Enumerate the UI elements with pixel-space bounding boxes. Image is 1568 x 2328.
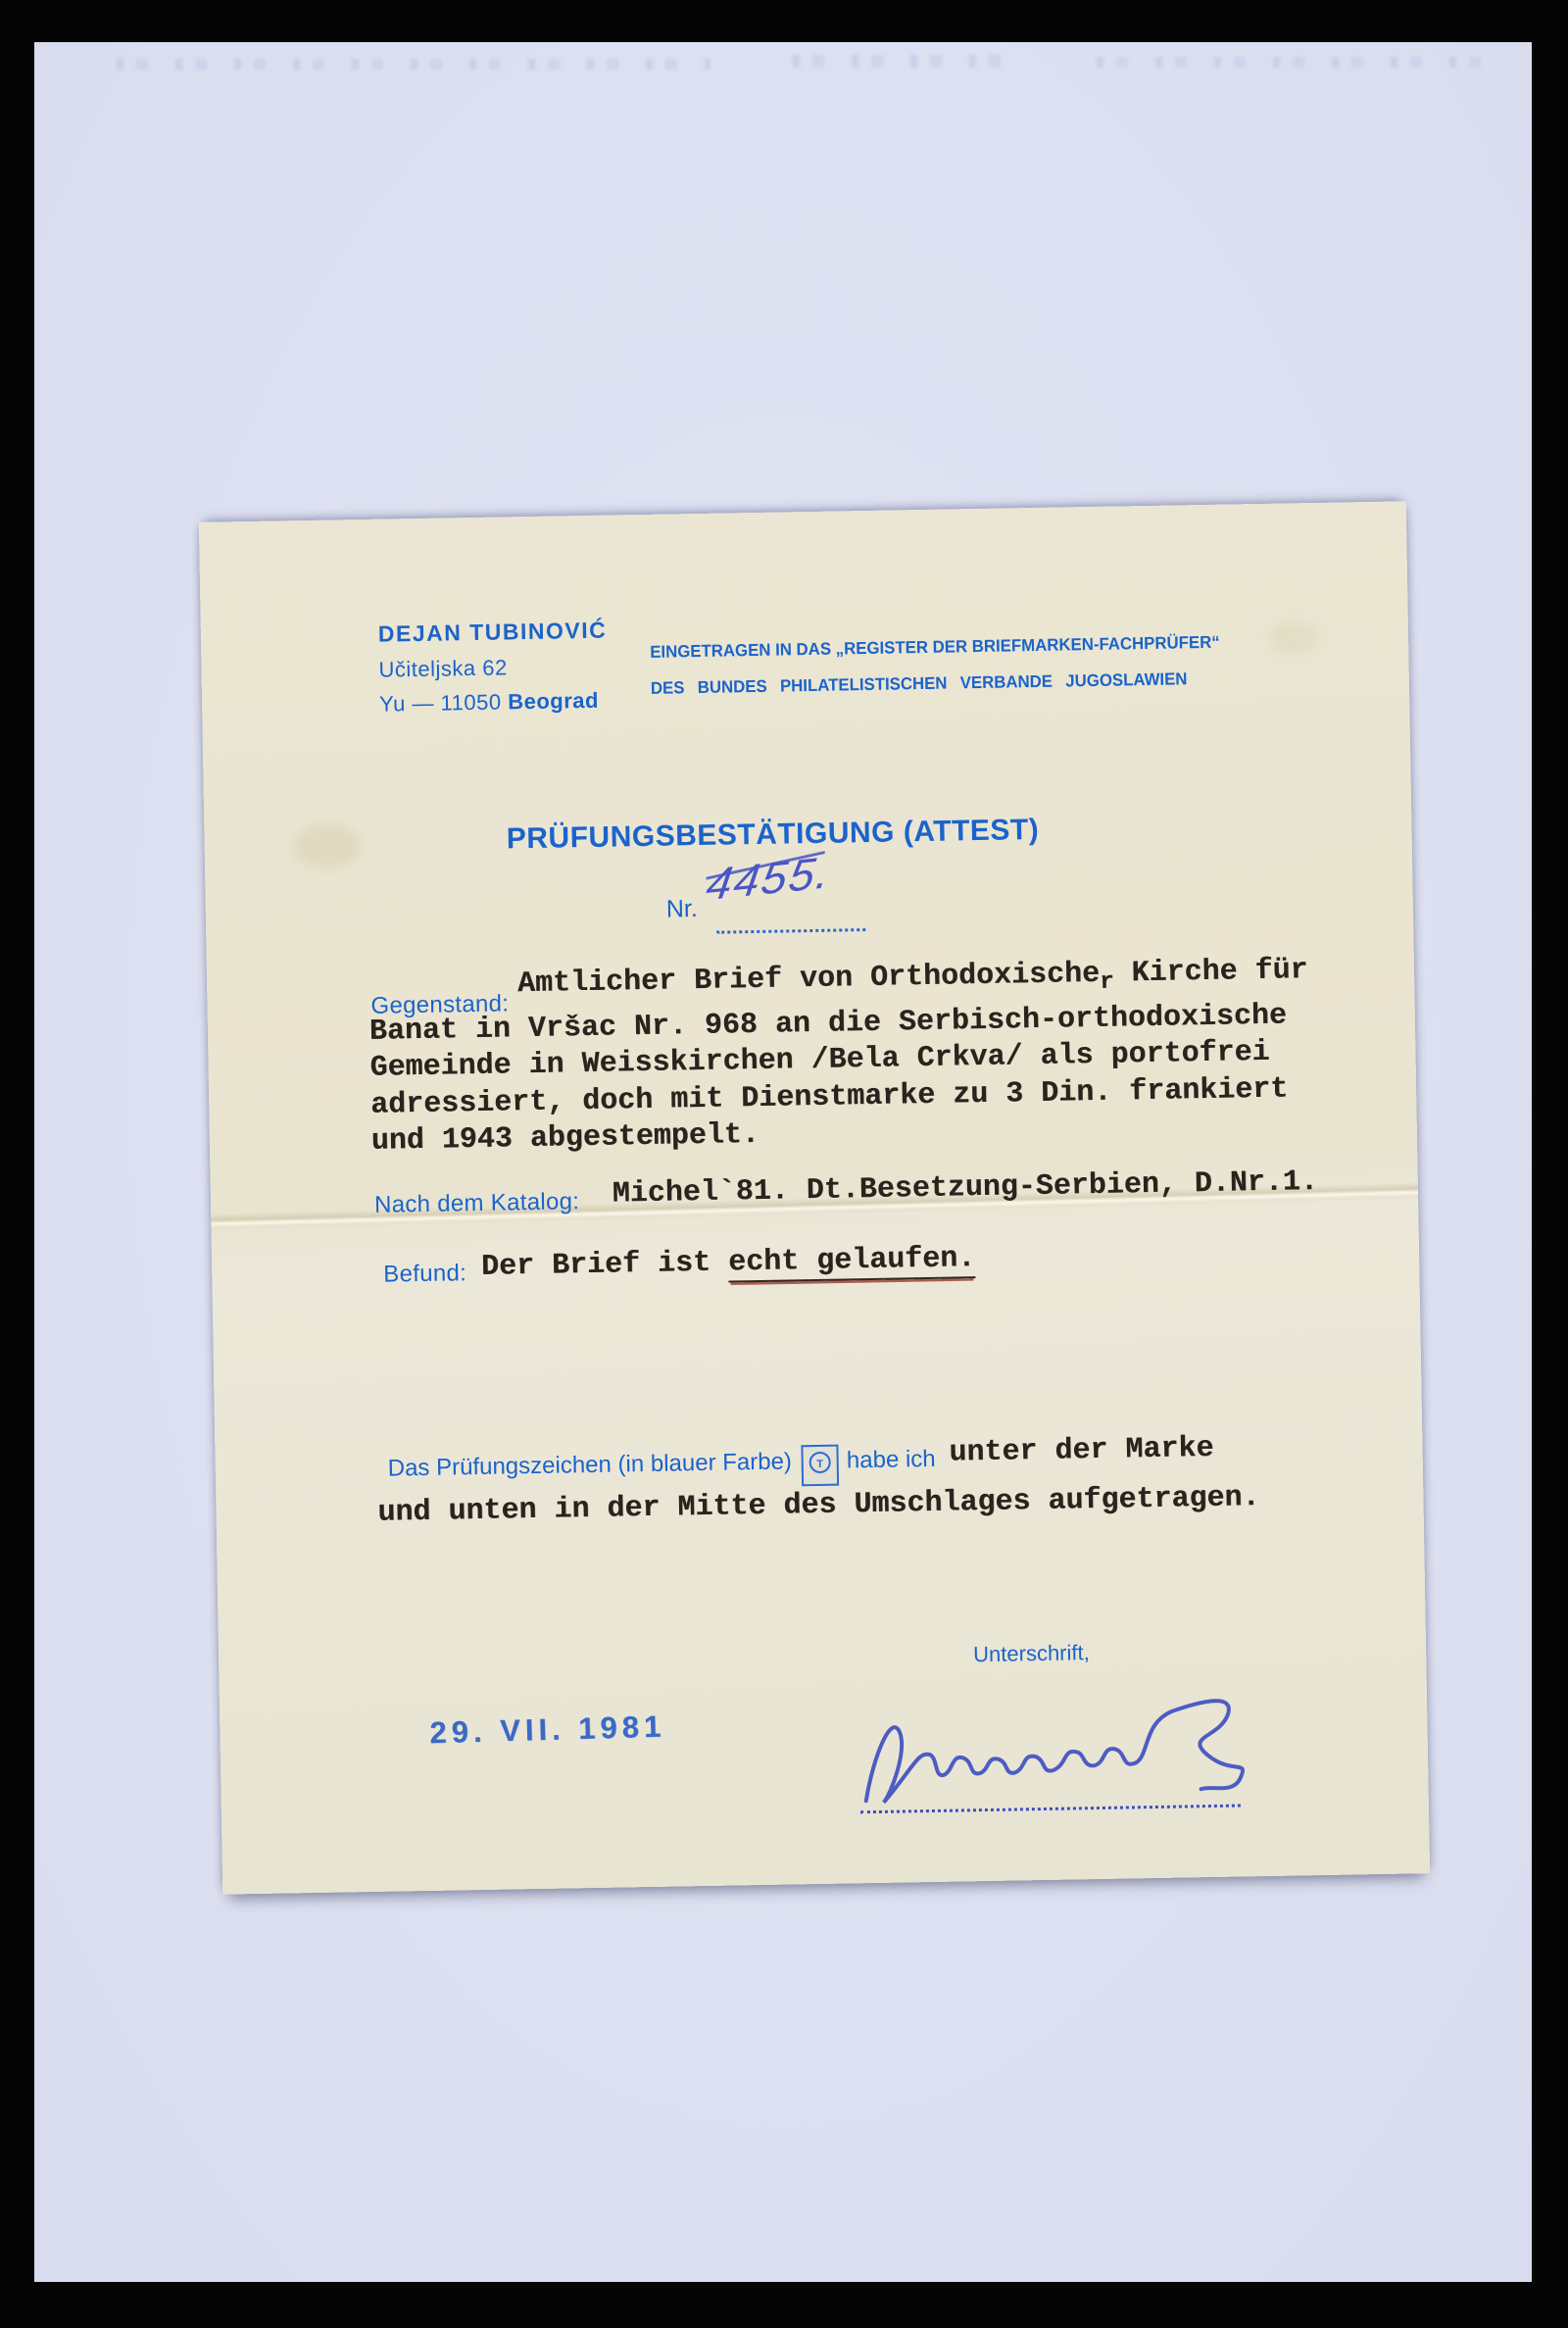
signature-label: Unterschrift, [973,1640,1090,1667]
befund-label: Befund: [383,1260,466,1288]
pruefzeichen-label: Das Prüfungszeichen (in blauer Farbe) [388,1448,793,1481]
sender-city: Beograd [508,688,599,715]
sender-city-line: Yu — 11050 Beograd [379,688,599,718]
scanned-document: DEJAN TUBINOVIĆ Učiteljska 62 Yu — 11050… [0,0,1568,2328]
expert-mark-icon: T [802,1445,840,1487]
gegenstand-text: Amtlicher Brief von Orthodoxischer Kirch… [368,953,1311,1161]
date-stamp: 29. VII. 1981 [429,1709,666,1751]
scanner-mat-background: DEJAN TUBINOVIĆ Učiteljska 62 Yu — 11050… [34,42,1532,2282]
bleed-through-smudge [103,59,710,70]
befund-value: Der Brief ist echt gelaufen. [481,1242,976,1284]
certificate-title: PRÜFUNGSBESTÄTIGUNG (ATTEST) [449,813,1096,858]
pruefzeichen-mid: habe ich [847,1446,936,1474]
register-block: EINGETRAGEN IN DAS „REGISTER DER BRIEFMA… [650,624,1178,706]
bleed-through-smudge [779,55,1004,68]
certificate-paper: DEJAN TUBINOVIĆ Učiteljska 62 Yu — 11050… [199,501,1430,1894]
sender-name: DEJAN TUBINOVIĆ [378,618,608,648]
befund-emphasis: echt gelaufen. [728,1242,976,1282]
befund-prefix: Der Brief ist [481,1247,729,1284]
signature [842,1666,1266,1840]
svg-text:T: T [816,1459,823,1470]
gegenstand-line-1b: Kirche für [1113,954,1308,990]
pruefzeichen-typed-insert: unter der Marke [949,1432,1214,1470]
certificate-number-label: Nr. [666,895,698,924]
sender-street: Učiteljska 62 [378,655,508,682]
paper-stain [1269,620,1319,655]
katalog-label: Nach dem Katalog: [374,1188,580,1219]
paper-stain [292,823,362,869]
typed-subscript-r: r [1100,969,1114,996]
gegenstand-line-1a: Amtlicher Brief von Orthodoxische [517,958,1101,1001]
bleed-through-smudge [1083,57,1504,68]
sender-city-prefix: Yu — 11050 [379,689,508,716]
